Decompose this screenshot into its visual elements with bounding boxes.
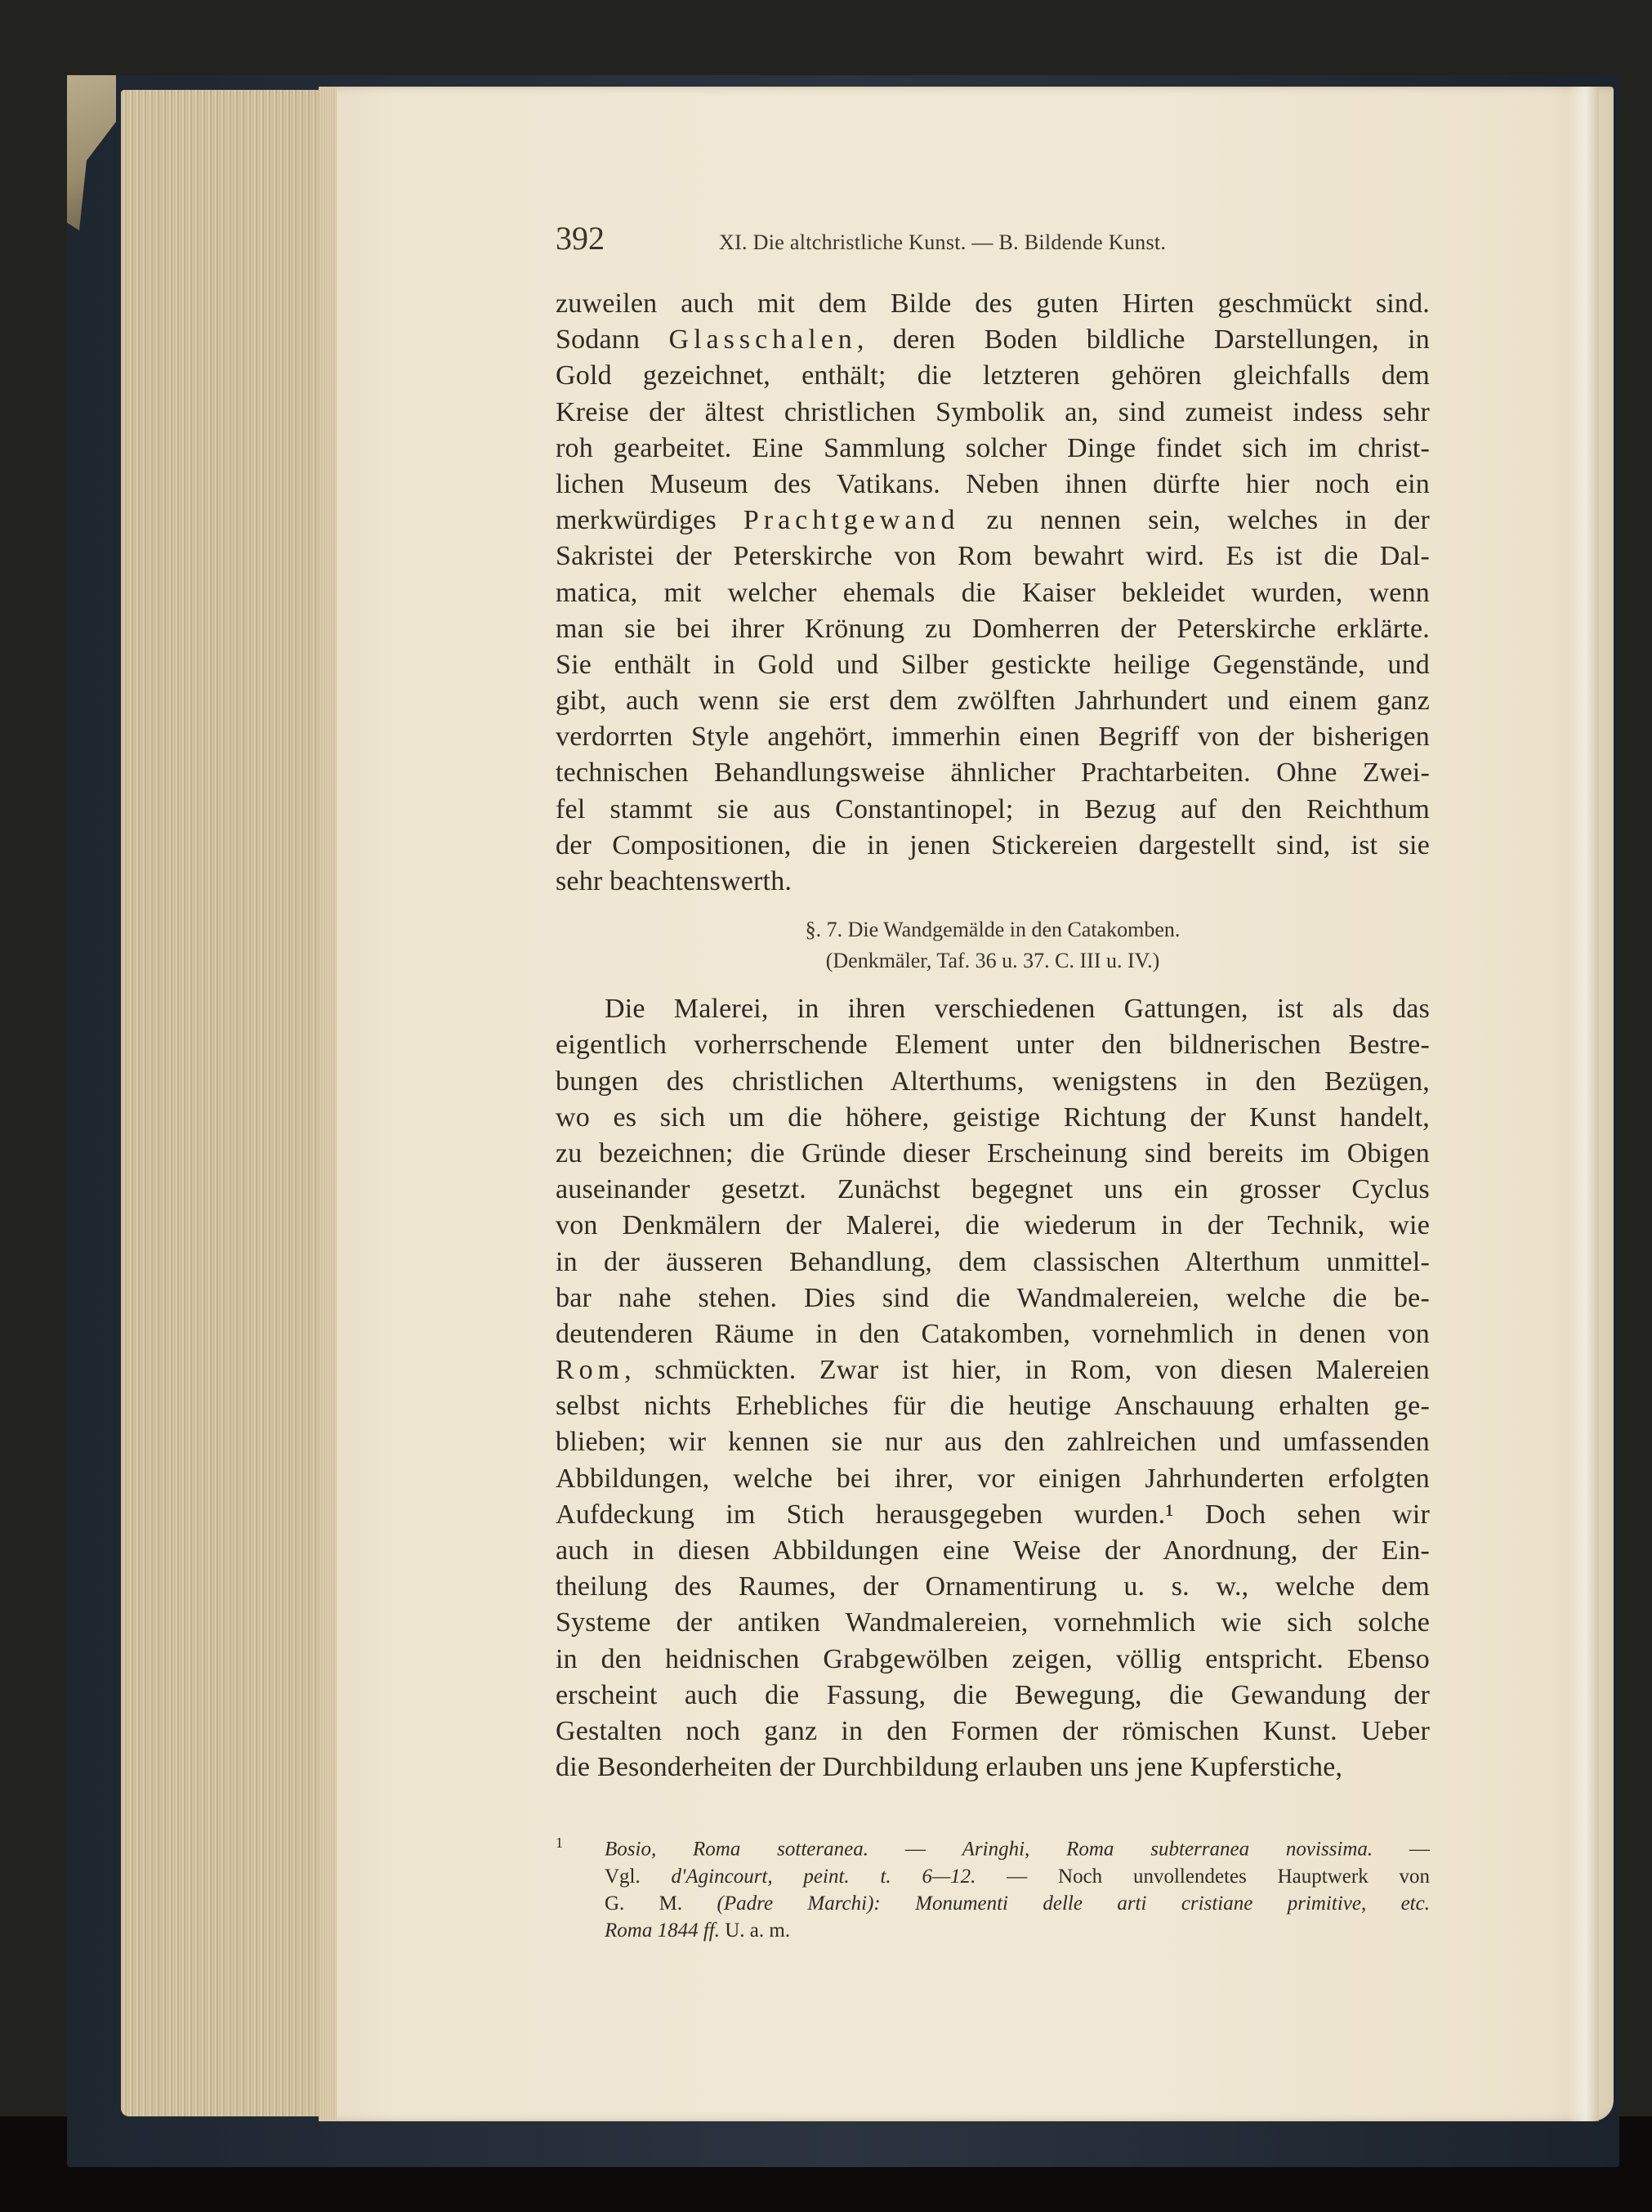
- running-head: 392 XI. Die altchristliche Kunst. — B. B…: [556, 219, 1430, 268]
- text-line: selbst nichts Erhebliches für die heutig…: [556, 1388, 1430, 1424]
- text-line: der Compositionen, die in jenen Stickere…: [556, 828, 1430, 864]
- text-line: eigentlich vorherrschende Element unter …: [556, 1027, 1430, 1063]
- text-line: blieben; wir kennen sie nur aus den zahl…: [556, 1424, 1430, 1460]
- text-line: Sakristei der Peterskirche von Rom bewah…: [556, 538, 1430, 574]
- text-line: bar nahe stehen. Dies sind die Wandmaler…: [556, 1280, 1430, 1316]
- text-line: auseinander gesetzt. Zunächst begegnet u…: [556, 1172, 1430, 1208]
- text-line: deutenderen Räume in den Catakomben, vor…: [556, 1316, 1430, 1352]
- footnotes: 1Bosio, Roma sotteranea. — Aringhi, Roma…: [556, 1830, 1430, 1943]
- text-line: in der äusseren Behandlung, dem classisc…: [556, 1245, 1430, 1280]
- text-line: man sie bei ihrer Krönung zu Domherren d…: [556, 611, 1430, 647]
- section-heading-block: §. 7. Die Wandgemälde in den Catakomben.…: [556, 914, 1430, 976]
- text-line: zuweilen auch mit dem Bilde des guten Hi…: [556, 286, 1430, 322]
- gutter-edges: [319, 87, 337, 2121]
- text-line: sehr beachtenswerth.: [556, 864, 1430, 900]
- running-title: XI. Die altchristliche Kunst. — B. Bilde…: [719, 230, 1166, 255]
- text-line: Sodann Glasschalen, deren Boden bildlich…: [556, 322, 1430, 358]
- text-line: zu bezeichnen; die Gründe dieser Erschei…: [556, 1136, 1430, 1172]
- text-line: wo es sich um die höhere, geistige Richt…: [556, 1100, 1430, 1136]
- text-line: Sie enthält in Gold und Silber gestickte…: [556, 647, 1430, 683]
- page-curl: [1566, 87, 1599, 2121]
- footnote-separator: [556, 1785, 1430, 1830]
- spaced-emphasis: Rom: [556, 1355, 624, 1385]
- section-subheading: (Denkmäler, Taf. 36 u. 37. C. III u. IV.…: [556, 945, 1430, 976]
- text-line: fel stammt sie aus Constantinopel; in Be…: [556, 792, 1430, 828]
- text-line: Gold gezeichnet, enthält; die letzteren …: [556, 358, 1430, 394]
- text-line: technischen Behandlungsweise ähnlicher P…: [556, 755, 1430, 791]
- text-line: erscheint auch die Fassung, die Bewegung…: [556, 1678, 1430, 1714]
- page-text: 392 XI. Die altchristliche Kunst. — B. B…: [556, 219, 1430, 1944]
- text-line: Aufdeckung im Stich herausgegeben wurden…: [556, 1497, 1430, 1533]
- text-line: merkwürdiges Prachtgewand zu nennen sein…: [556, 503, 1430, 538]
- text-line: theilung des Raumes, der Ornamentirung u…: [556, 1569, 1430, 1605]
- italic-citation: Aringhi, Roma subterranea novissima.: [962, 1839, 1373, 1861]
- italic-citation: d'Agincourt, peint. t. 6—12.: [672, 1866, 976, 1888]
- text-line: Systeme der antiken Wandmalereien, vorne…: [556, 1605, 1430, 1641]
- text-line: auch in diesen Abbildungen eine Weise de…: [556, 1533, 1430, 1569]
- text-line: Gestalten noch ganz in den Formen der rö…: [556, 1714, 1430, 1749]
- footnote-line: Vgl. d'Agincourt, peint. t. 6—12. — Noch…: [556, 1863, 1430, 1890]
- italic-citation: Roma 1844 ff.: [605, 1919, 720, 1942]
- italic-citation: Bosio, Roma sotteranea.: [605, 1839, 868, 1861]
- text-line: lichen Museum des Vatikans. Neben ihnen …: [556, 467, 1430, 503]
- text-line: Die Malerei, in ihren verschiedenen Gatt…: [556, 991, 1430, 1027]
- page-edges-stack: [121, 90, 333, 2116]
- footnote-line: Roma 1844 ff. U. a. m.: [556, 1917, 1430, 1944]
- section-heading: §. 7. Die Wandgemälde in den Catakomben.: [556, 914, 1430, 945]
- text-line: von Denkmälern der Malerei, die wiederum…: [556, 1208, 1430, 1244]
- text-line: verdorrten Style angehört, immerhin eine…: [556, 719, 1430, 755]
- text-line: Abbildungen, welche bei ihrer, vor einig…: [556, 1461, 1430, 1497]
- text-line: Rom, schmückten. Zwar ist hier, in Rom, …: [556, 1352, 1430, 1388]
- footnote-line: 1Bosio, Roma sotteranea. — Aringhi, Roma…: [556, 1830, 1430, 1862]
- text-line: die Besonderheiten der Durchbildung erla…: [556, 1749, 1430, 1785]
- text-line: Kreise der ältest christlichen Symbolik …: [556, 395, 1430, 431]
- text-line: in den heidnischen Grabgewölben zeigen, …: [556, 1642, 1430, 1678]
- text-line: matica, mit welcher ehemals die Kaiser b…: [556, 575, 1430, 611]
- spaced-emphasis: Glasschalen: [669, 324, 857, 355]
- footnote-line: G. M. (Padre Marchi): Monumenti delle ar…: [556, 1890, 1430, 1917]
- italic-citation: (Padre Marchi): Monumenti delle arti cri…: [717, 1892, 1430, 1915]
- footnote-marker: 1: [556, 1830, 580, 1857]
- text-line: gibt, auch wenn sie erst dem zwölften Ja…: [556, 683, 1430, 719]
- page-number: 392: [556, 219, 719, 257]
- spaced-emphasis: Prachtgewand: [743, 505, 960, 535]
- paragraph-1: zuweilen auch mit dem Bilde des guten Hi…: [556, 286, 1430, 900]
- text-line: bungen des christlichen Alterthums, weni…: [556, 1064, 1430, 1100]
- text-line: roh gearbeitet. Eine Sammlung solcher Di…: [556, 431, 1430, 467]
- paragraph-2: Die Malerei, in ihren verschiedenen Gatt…: [556, 991, 1430, 1785]
